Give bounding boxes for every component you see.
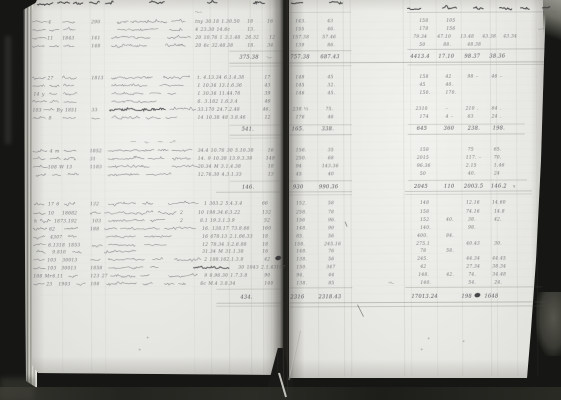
numeral-entry: 146	[296, 91, 305, 96]
numeral-entry: 11	[47, 36, 53, 41]
numeral-entry: 1 30.36 11.44.76	[198, 92, 241, 97]
total-entry: 2318.43	[317, 294, 341, 300]
numeral-entry: 117. –	[466, 156, 482, 161]
ink-speck	[421, 348, 423, 350]
handwritten-script	[63, 117, 76, 118]
handwritten-script	[144, 236, 171, 238]
numeral-entry: 17 6	[48, 202, 59, 207]
numeral-entry: 24	[493, 172, 500, 177]
numeral-entry: 48.38	[466, 43, 481, 48]
numeral-entry: 245.	[416, 257, 428, 262]
handwritten-script	[33, 157, 46, 160]
numeral-entry: 155	[295, 27, 304, 32]
column-rule-right	[350, 0, 352, 377]
total-entry: 930	[293, 184, 304, 190]
numeral-entry: 88.	[443, 43, 451, 48]
handwritten-script	[68, 235, 77, 237]
numeral-entry: 10 198.34.6.3.22	[198, 211, 240, 216]
numeral-entry: 4307	[49, 235, 62, 240]
numeral-entry: 140.	[420, 281, 431, 286]
numeral-entry: 258.	[295, 210, 307, 215]
handwritten-script	[108, 258, 145, 260]
numeral-entry: 38.	[468, 218, 476, 223]
column-rule-left	[262, 0, 264, 374]
numeral-entry: 54.	[468, 281, 476, 286]
ink-speck	[428, 337, 430, 339]
numeral-entry: 143.	[295, 19, 306, 24]
numeral-entry: 2 188.162.1.3.8	[203, 258, 243, 263]
column-rule-left	[193, 0, 195, 374]
numeral-entry: 30013	[61, 266, 76, 271]
numeral-entry: 56	[328, 234, 334, 239]
handwritten-script	[50, 100, 59, 102]
column-header-script	[89, 1, 100, 4]
numeral-entry: 2	[179, 211, 183, 216]
numeral-entry: 103	[92, 219, 101, 224]
numeral-entry: 2.15	[465, 164, 477, 169]
numeral-entry: 20 6c 32.48.38	[194, 44, 233, 49]
column-rule-right	[403, 0, 405, 376]
numeral-entry: 78	[420, 249, 426, 254]
handwritten-script	[104, 211, 153, 215]
numeral-entry: 158	[420, 210, 429, 215]
row-rule	[39, 38, 280, 39]
numeral-entry: 18	[262, 235, 268, 240]
numeral-entry: 6.11	[52, 274, 63, 279]
numeral-entry: 210 .	[465, 107, 479, 112]
column-header-script	[442, 6, 457, 9]
numeral-entry: 158	[420, 148, 429, 153]
numeral-entry: 31	[90, 157, 96, 162]
total-entry: 198.	[493, 126, 505, 132]
handwritten-script	[140, 275, 149, 276]
numeral-entry: 18	[268, 165, 274, 170]
numeral-entry: 44.45	[491, 257, 506, 262]
column-rule-left	[270, 0, 272, 374]
numeral-entry: 1903	[58, 282, 70, 287]
numeral-entry: 2015	[416, 156, 429, 161]
numeral-entry: 98 –	[467, 75, 478, 80]
numeral-entry: 98.	[468, 226, 476, 231]
numeral-entry: 4	[47, 20, 51, 25]
numeral-entry: 45	[326, 75, 333, 80]
numeral-entry: 43.34	[502, 34, 517, 39]
numeral-entry: 12 78.34 3.2.6.88	[202, 243, 247, 248]
numeral-entry: 148	[266, 157, 275, 162]
numeral-entry: 4 23.30 14.6c	[194, 28, 230, 33]
row-rule	[39, 22, 280, 23]
numeral-entry: 30.	[494, 242, 502, 247]
total-entry: 110	[444, 184, 455, 190]
handwritten-script	[63, 27, 75, 30]
total-entry: 338.	[322, 126, 334, 132]
numeral-entry: 250.	[295, 156, 307, 161]
numeral-entry: 40.	[444, 83, 453, 88]
numeral-entry: 150.	[296, 265, 307, 270]
handwritten-script	[108, 244, 135, 246]
total-entry: 2316	[289, 294, 304, 300]
numeral-entry: 140	[264, 282, 273, 287]
numeral-entry: 4 m	[49, 149, 60, 154]
numeral-entry: 12.16	[466, 201, 480, 206]
numeral-entry: 1183	[90, 165, 102, 170]
column-header-script	[253, 2, 265, 4]
sum-rule	[408, 134, 525, 135]
handwritten-script	[150, 93, 161, 94]
column-header-script	[329, 2, 343, 4]
handwritten-script	[150, 219, 165, 221]
numeral-entry: 63	[468, 115, 474, 120]
numeral-entry: 46	[264, 100, 271, 105]
numeral-entry: By 1851	[56, 108, 78, 113]
numeral-entry: 20 10.76 1 3.1.48	[194, 36, 240, 41]
numeral-entry: 30 1843 2.1.43	[238, 266, 276, 271]
numeral-entry: 148	[420, 201, 429, 206]
row-rule	[40, 142, 281, 143]
numeral-entry: 64 .	[492, 107, 502, 112]
numeral-entry: 14.60	[492, 201, 506, 206]
numeral-entry: 170.	[446, 91, 457, 96]
page-corner-sliver	[279, 373, 286, 397]
total-entry: 541.	[242, 127, 254, 133]
numeral-entry: 18.	[247, 44, 255, 49]
total-entry: 645	[417, 126, 428, 132]
row-rule	[291, 197, 538, 198]
numeral-entry: 1843	[62, 36, 74, 41]
numeral-entry: 42.	[493, 218, 502, 223]
handwritten-script	[170, 107, 196, 110]
handwritten-script	[33, 267, 46, 269]
numeral-entry: 400.	[416, 234, 428, 239]
handwritten-script	[32, 85, 44, 87]
numeral-entry: h	[34, 220, 37, 225]
numeral-entry: 1 303.2 5.4.3.4	[204, 202, 242, 207]
numeral-entry: 10	[48, 211, 54, 216]
numeral-entry: 52	[264, 219, 270, 224]
numeral-entry: 178	[419, 27, 428, 32]
handwritten-script	[32, 21, 47, 23]
numeral-entry: 148.	[418, 273, 429, 278]
numeral-entry: 57.46	[322, 35, 336, 40]
numeral-entry: 275.1	[415, 242, 430, 247]
handwritten-script	[142, 283, 152, 285]
numeral-entry: 108	[90, 282, 99, 287]
stray-mark	[266, 57, 272, 59]
handwritten-script	[178, 283, 185, 285]
handwritten-script	[68, 275, 78, 277]
handwritten-script	[90, 259, 100, 260]
sum-rule	[407, 49, 544, 50]
column-header-script	[57, 2, 70, 4]
handwritten-script	[168, 273, 197, 277]
column-header-script	[407, 8, 421, 9]
column-header-script	[149, 1, 165, 4]
handwritten-script	[33, 213, 45, 215]
numeral-entry: 62	[49, 227, 55, 232]
total-entry: 2045	[413, 184, 428, 190]
handwritten-script	[64, 202, 75, 205]
numeral-entry: 103	[33, 109, 42, 114]
numeral-entry: 14.8	[494, 210, 505, 215]
handwritten-script	[158, 211, 176, 214]
handwritten-script	[111, 44, 147, 48]
numeral-entry: 14 10.38 48 3.8.46	[198, 116, 246, 121]
numeral-entry: 141	[91, 36, 100, 41]
row-rule	[39, 30, 280, 31]
handwritten-script	[64, 227, 78, 229]
numeral-entry: 34.4 10.76 30 5.10.38	[198, 149, 254, 154]
sum-rule	[289, 302, 545, 303]
column-rule-left	[210, 0, 212, 374]
numeral-entry: 70.	[494, 156, 502, 161]
numeral-entry: 6.1318	[48, 243, 65, 248]
numeral-entry: 157.38	[292, 35, 309, 40]
numeral-entry: 84.	[446, 234, 454, 239]
handwritten-script	[159, 84, 183, 86]
numeral-entry: 90	[328, 226, 334, 231]
column-rule-left	[104, 1, 106, 375]
handwritten-script	[33, 117, 46, 119]
numeral-entry: 13.48	[460, 35, 474, 40]
handwritten-script	[146, 117, 161, 119]
total-entry: 434.	[239, 295, 252, 301]
handwritten-script	[33, 259, 44, 260]
total-entry: 360	[444, 126, 455, 132]
numeral-entry: 103	[47, 266, 56, 271]
total-entry: 146.	[242, 185, 254, 191]
numeral-entry: 33.170 24.7.2.48	[198, 108, 240, 113]
column-rule-right	[536, 0, 538, 376]
numeral-entry: 1853	[68, 243, 80, 248]
numeral-entry: 27.34	[465, 265, 480, 270]
handwritten-script	[148, 157, 164, 160]
numeral-entry: 66	[262, 202, 268, 207]
numeral-entry: 32.	[327, 83, 335, 88]
numeral-entry: 148	[91, 44, 100, 49]
numeral-entry: 58.	[446, 249, 454, 254]
numeral-entry: 138.	[296, 281, 307, 286]
ink-speck	[463, 340, 465, 342]
numeral-entry: 156	[296, 218, 305, 223]
column-rule-left	[61, 1, 63, 375]
numeral-entry: 79.34	[413, 35, 427, 40]
numeral-entry: 40.	[467, 172, 476, 177]
handwritten-script	[108, 267, 143, 269]
sum-rule	[289, 306, 545, 307]
numeral-entry: 148.	[296, 226, 307, 231]
numeral-entry: 1 10.36 13.1.6.36	[197, 84, 242, 89]
handwritten-script	[33, 284, 44, 286]
numeral-entry: 16. 138.17 73.8.66	[202, 227, 250, 232]
numeral-entry: 138.	[296, 257, 307, 262]
sum-rule	[407, 64, 544, 65]
numeral-entry: 45.	[327, 91, 336, 96]
total-entry: 238.	[467, 126, 480, 132]
column-rule-right	[461, 0, 463, 376]
numeral-entry: 145	[295, 83, 304, 88]
numeral-entry: 152	[420, 218, 429, 223]
numeral-entry: 6c M.4 3.8.34	[200, 282, 235, 287]
handwritten-script	[108, 219, 144, 221]
numeral-entry: 33	[92, 108, 98, 113]
handwritten-script	[33, 228, 47, 231]
column-rule-left	[276, 0, 278, 374]
column-header-script	[207, 0, 217, 3]
numeral-entry: x	[513, 184, 516, 189]
row-rule	[40, 94, 281, 95]
total-entry: 687.43	[320, 54, 339, 60]
handwritten-script	[117, 29, 126, 30]
numeral-entry: 74.	[468, 273, 476, 278]
numeral-entry: 50	[420, 172, 426, 177]
numeral-entry: 4 –	[445, 115, 454, 120]
numeral-entry: 12	[265, 116, 271, 121]
column-header-script	[105, 1, 113, 4]
numeral-entry: 148	[295, 75, 304, 80]
numeral-entry: 103	[47, 258, 56, 263]
row-rule	[291, 141, 538, 142]
column-header-script	[542, 7, 550, 8]
sum-rule	[405, 287, 542, 288]
numeral-entry: 139	[295, 43, 304, 48]
handwritten-script	[63, 84, 74, 86]
numeral-entry: 94.	[296, 273, 304, 278]
page-crease-shadow	[290, 331, 301, 380]
handwritten-script	[152, 258, 163, 260]
stray-mark	[551, 11, 556, 13]
row-rule	[39, 70, 280, 71]
numeral-entry: 132	[262, 211, 271, 216]
numeral-entry: 176	[296, 115, 305, 120]
numeral-entry: 132	[90, 202, 99, 207]
numeral-entry: 46.	[262, 108, 271, 113]
numeral-entry: 1852	[90, 149, 102, 154]
numeral-entry: 85	[328, 281, 334, 286]
handwritten-script	[44, 108, 55, 110]
numeral-entry: 1.46	[494, 164, 505, 169]
numeral-entry: 1873.192	[54, 219, 77, 224]
column-header-script	[473, 7, 483, 10]
numeral-entry: 96.36	[417, 164, 431, 169]
numeral-entry: 245.16	[323, 242, 341, 247]
numeral-entry: 75.	[326, 107, 334, 112]
handwritten-script	[174, 258, 201, 262]
numeral-entry: 56	[328, 257, 334, 262]
gutter-frame-group	[279, 0, 288, 397]
numeral-entry: 45	[418, 83, 425, 88]
numeral-entry: 1858	[90, 266, 102, 271]
numeral-entry: 90	[264, 274, 270, 279]
numeral-entry: 108 Mr	[33, 274, 52, 279]
numeral-entry: 123 27	[90, 274, 107, 279]
numeral-entry: 96.	[328, 218, 336, 223]
numeral-entry: 9 8.96.30 1.7.3.8	[204, 274, 247, 279]
numeral-entry: 156.	[296, 148, 307, 153]
numeral-entry: 43	[263, 84, 270, 89]
column-header-script	[499, 7, 512, 9]
numeral-entry: 40.	[445, 218, 454, 223]
total-entry: 375.38	[239, 55, 259, 61]
handwritten-script	[104, 228, 117, 230]
handwritten-script	[90, 212, 101, 214]
page-crease-highlight	[289, 331, 300, 380]
column-rule-right	[343, 0, 345, 377]
row-rule	[40, 182, 281, 183]
handwriting-layer: 4290tny 30.18 1.30.5018164 23.30 14.6c13…	[0, 0, 561, 400]
numeral-entry: 18	[247, 20, 253, 25]
sum-rule	[405, 191, 532, 192]
numeral-entry: 16	[262, 250, 268, 255]
numeral-entry: 18	[262, 243, 268, 248]
numeral-entry: 152.	[296, 201, 307, 206]
numeral-entry: 78	[328, 210, 334, 215]
handwritten-script	[64, 102, 77, 103]
handwritten-script	[144, 244, 166, 245]
numeral-entry: 174	[420, 115, 429, 120]
numeral-entry: 16	[267, 20, 273, 25]
row-rule	[40, 206, 281, 207]
numeral-entry: 43	[326, 19, 333, 24]
numeral-entry: 31.34 M 31.1.38	[202, 250, 244, 255]
handwritten-script	[172, 157, 191, 160]
row-rule	[40, 198, 281, 199]
numeral-entry: 50	[419, 43, 425, 48]
numeral-entry: tny 30.18 1.30.50	[195, 20, 240, 25]
numeral-entry: 20.34 M 3.1.4.38	[197, 165, 241, 170]
numeral-entry: 23	[45, 282, 52, 287]
numeral-entry: 74.16	[466, 210, 480, 215]
handwritten-script	[164, 283, 174, 285]
total-entry: 17013.24	[411, 294, 437, 300]
numeral-entry: 44	[327, 273, 334, 278]
column-header-script	[73, 2, 83, 4]
handwritten-script	[49, 45, 59, 46]
numeral-entry: 140.	[420, 226, 431, 231]
numeral-entry: 24.	[493, 281, 502, 286]
total-entry: 757.38	[290, 54, 310, 60]
numeral-entry: 18682	[62, 211, 77, 216]
numeral-entry: 8.1 19.3.1.3.9	[200, 219, 235, 224]
total-entry: 146.2	[491, 184, 507, 190]
total-entry: 98.37	[464, 54, 480, 60]
sum-rule	[408, 180, 527, 181]
row-rule	[40, 166, 281, 167]
numeral-entry: 34.48	[492, 273, 506, 278]
numeral-entry: 143.36	[322, 164, 339, 169]
numeral-entry: 46 –	[490, 75, 502, 80]
numeral-entry: 156	[446, 27, 455, 32]
numeral-entry: 27	[46, 76, 53, 81]
numeral-entry: 12	[269, 36, 275, 41]
ink-speck	[139, 349, 141, 351]
column-rule-left	[90, 1, 92, 375]
numeral-entry: 24 .	[491, 115, 502, 120]
handwritten-script	[108, 156, 144, 159]
numeral-entry: 1813	[91, 76, 103, 81]
row-rule	[40, 86, 281, 87]
handwritten-script	[111, 84, 147, 87]
handwritten-script	[146, 173, 171, 176]
numeral-entry: 158	[419, 75, 428, 80]
numeral-entry: 65.	[494, 148, 502, 153]
stray-mark	[388, 282, 394, 284]
numeral-entry: 43.38	[481, 35, 496, 40]
numeral-entry: 38.34	[492, 265, 506, 270]
numeral-entry: 86.	[327, 43, 335, 48]
handwritten-script	[108, 202, 136, 206]
numeral-entry: 108 W 13	[48, 165, 73, 170]
numeral-entry: 42.	[445, 273, 454, 278]
